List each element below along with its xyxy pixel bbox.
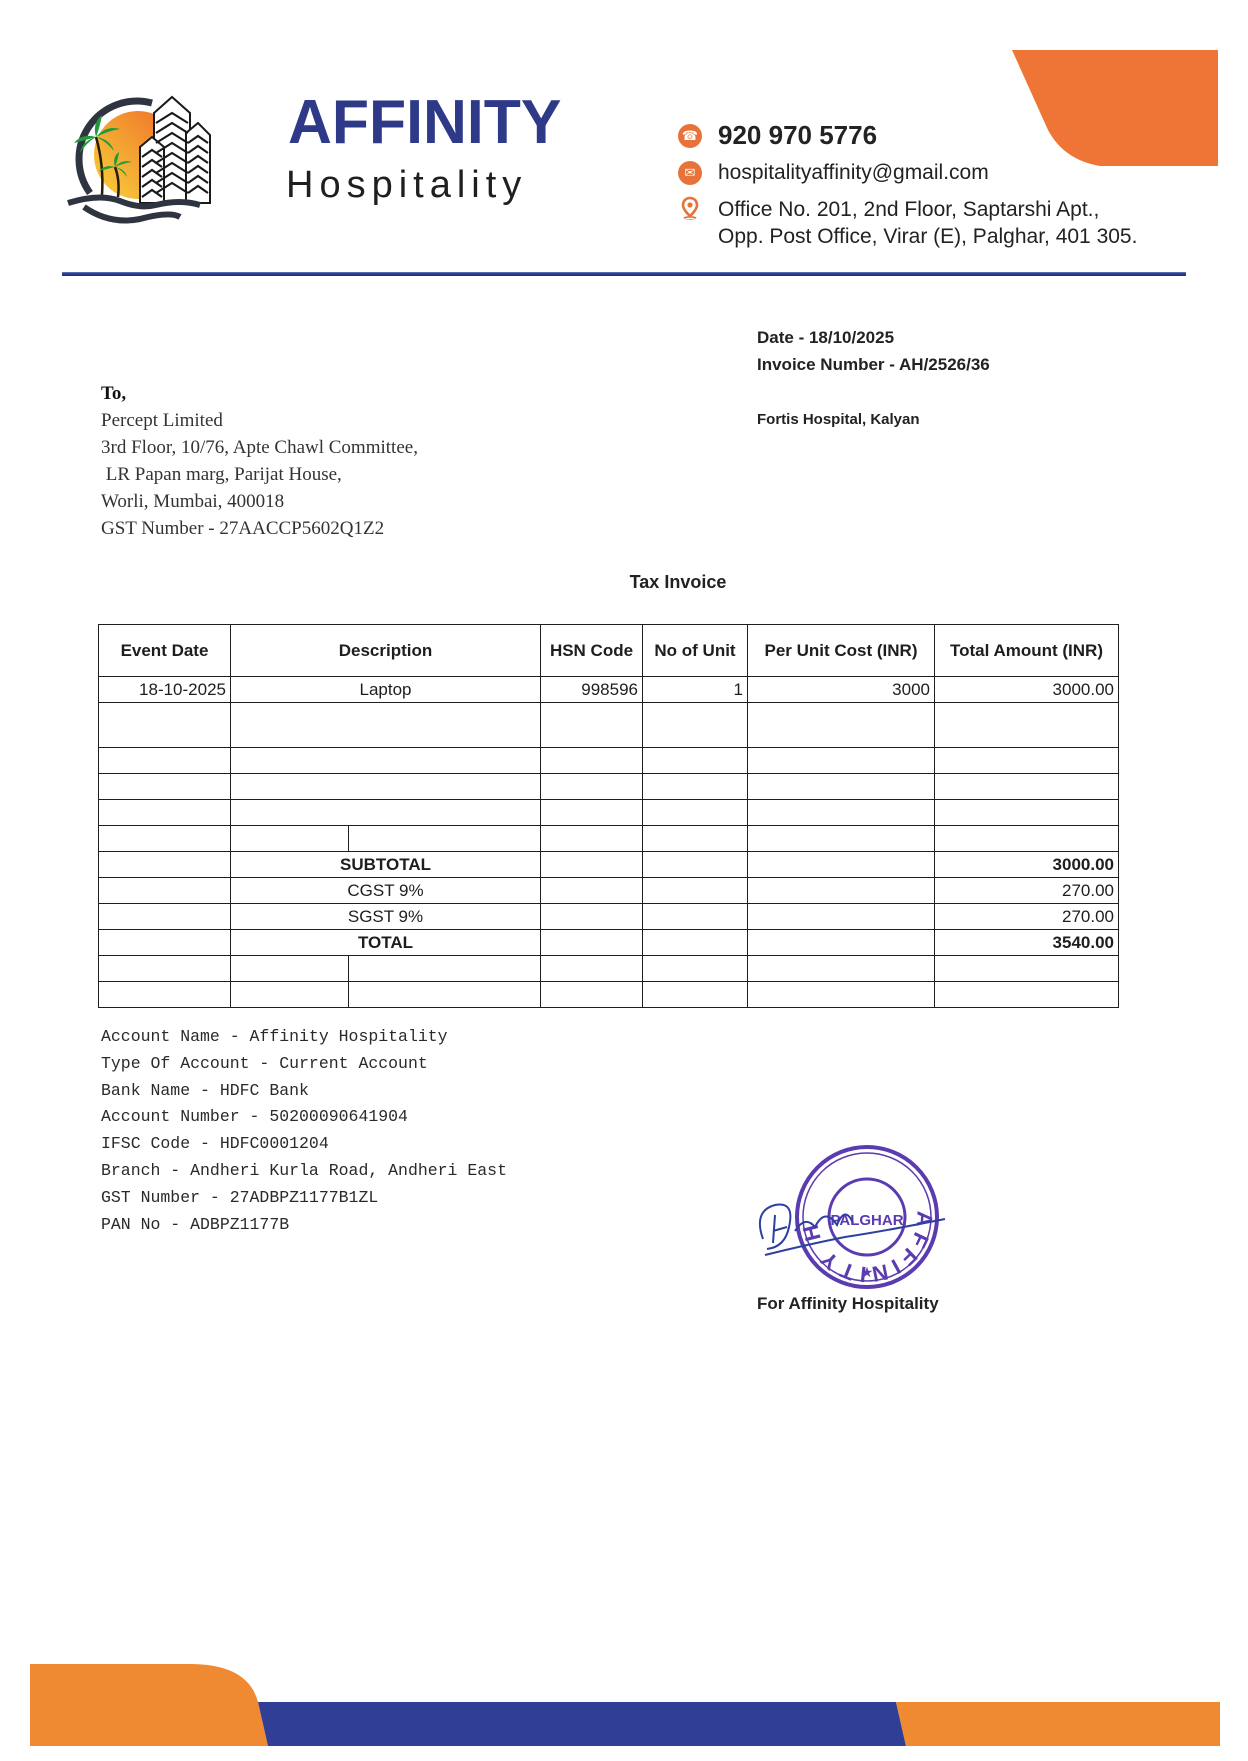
email-address: hospitalityaffinity@gmail.com — [718, 161, 989, 185]
recipient-name: Percept Limited — [101, 407, 418, 434]
address-line-2: Opp. Post Office, Virar (E), Palghar, 40… — [718, 223, 1137, 250]
sgst-value: 270.00 — [935, 904, 1119, 930]
footer-decoration — [30, 1664, 1220, 1746]
summary-row-subtotal: SUBTOTAL 3000.00 — [99, 852, 1119, 878]
phone-icon: ☎ — [678, 124, 702, 148]
bank-account-type: Type Of Account - Current Account — [101, 1051, 507, 1078]
summary-row-sgst: SGST 9% 270.00 — [99, 904, 1119, 930]
contact-phone: ☎ 920 970 5776 — [678, 120, 877, 151]
cell-description: Laptop — [231, 677, 541, 703]
cell-total: 3000.00 — [935, 677, 1119, 703]
sgst-label: SGST 9% — [231, 904, 541, 930]
company-tagline: Hospitality — [286, 166, 527, 204]
phone-number: 920 970 5776 — [718, 120, 877, 151]
table-row: 18-10-2025 Laptop 998596 1 3000 3000.00 — [99, 677, 1119, 703]
bank-ifsc: IFSC Code - HDFC0001204 — [101, 1131, 507, 1158]
cell-units: 1 — [643, 677, 748, 703]
company-logo — [60, 75, 220, 235]
recipient-address-1: 3rd Floor, 10/76, Apte Chawl Committee, — [101, 434, 418, 461]
subtotal-label: SUBTOTAL — [231, 852, 541, 878]
cgst-label: CGST 9% — [231, 878, 541, 904]
empty-row — [99, 800, 1119, 826]
invoice-number: Invoice Number - AH/2526/36 — [757, 355, 990, 375]
invoice-venue: Fortis Hospital, Kalyan — [757, 411, 920, 428]
mail-icon: ✉ — [678, 161, 702, 185]
cell-unit-cost: 3000 — [748, 677, 935, 703]
company-name: AFFINITY — [288, 92, 561, 154]
company-stamp: AFFINITY HOSPITALITY PALGHAR ★ — [745, 1135, 955, 1295]
company-pan: PAN No - ADBPZ1177B — [101, 1212, 507, 1239]
invoice-date: Date - 18/10/2025 — [757, 328, 894, 348]
empty-row — [99, 982, 1119, 1008]
empty-row — [99, 748, 1119, 774]
cell-hsn: 998596 — [541, 677, 643, 703]
stamp-center-text: PALGHAR — [830, 1212, 903, 1229]
bank-name: Bank Name - HDFC Bank — [101, 1078, 507, 1105]
summary-row-cgst: CGST 9% 270.00 — [99, 878, 1119, 904]
bank-account-name: Account Name - Affinity Hospitality — [101, 1024, 507, 1051]
location-pin-icon — [678, 196, 702, 220]
invoice-table: Event Date Description HSN Code No of Un… — [98, 624, 1119, 1008]
header-event-date: Event Date — [99, 625, 231, 677]
recipient-address-2: LR Papan marg, Parijat House, — [101, 461, 418, 488]
bank-account-number: Account Number - 50200090641904 — [101, 1104, 507, 1131]
recipient-gst: GST Number - 27AACCP5602Q1Z2 — [101, 515, 418, 542]
recipient-block: To, Percept Limited 3rd Floor, 10/76, Ap… — [101, 380, 418, 542]
empty-row — [99, 774, 1119, 800]
recipient-address-3: Worli, Mumbai, 400018 — [101, 488, 418, 515]
contact-address: Office No. 201, 2nd Floor, Saptarshi Apt… — [678, 196, 1137, 250]
signatory-label: For Affinity Hospitality — [757, 1294, 939, 1314]
empty-row — [99, 703, 1119, 748]
header-unit-cost: Per Unit Cost (INR) — [748, 625, 935, 677]
address-line-1: Office No. 201, 2nd Floor, Saptarshi Apt… — [718, 196, 1137, 223]
total-value: 3540.00 — [935, 930, 1119, 956]
header-units: No of Unit — [643, 625, 748, 677]
empty-row — [99, 956, 1119, 982]
subtotal-value: 3000.00 — [935, 852, 1119, 878]
bank-details: Account Name - Affinity Hospitality Type… — [101, 1024, 507, 1238]
document-title: Tax Invoice — [0, 572, 1248, 593]
company-gst: GST Number - 27ADBPZ1177B1ZL — [101, 1185, 507, 1212]
total-label: TOTAL — [231, 930, 541, 956]
cell-event-date: 18-10-2025 — [99, 677, 231, 703]
table-header-row: Event Date Description HSN Code No of Un… — [99, 625, 1119, 677]
contact-email: ✉ hospitalityaffinity@gmail.com — [678, 161, 989, 185]
empty-row — [99, 826, 1119, 852]
header-decoration — [1012, 50, 1218, 166]
cgst-value: 270.00 — [935, 878, 1119, 904]
recipient-salutation: To, — [101, 380, 418, 407]
header-divider — [62, 272, 1186, 276]
bank-branch: Branch - Andheri Kurla Road, Andheri Eas… — [101, 1158, 507, 1185]
header-hsn-code: HSN Code — [541, 625, 643, 677]
summary-row-total: TOTAL 3540.00 — [99, 930, 1119, 956]
header-total-amount: Total Amount (INR) — [935, 625, 1119, 677]
svg-text:★: ★ — [861, 1264, 874, 1280]
header-description: Description — [231, 625, 541, 677]
